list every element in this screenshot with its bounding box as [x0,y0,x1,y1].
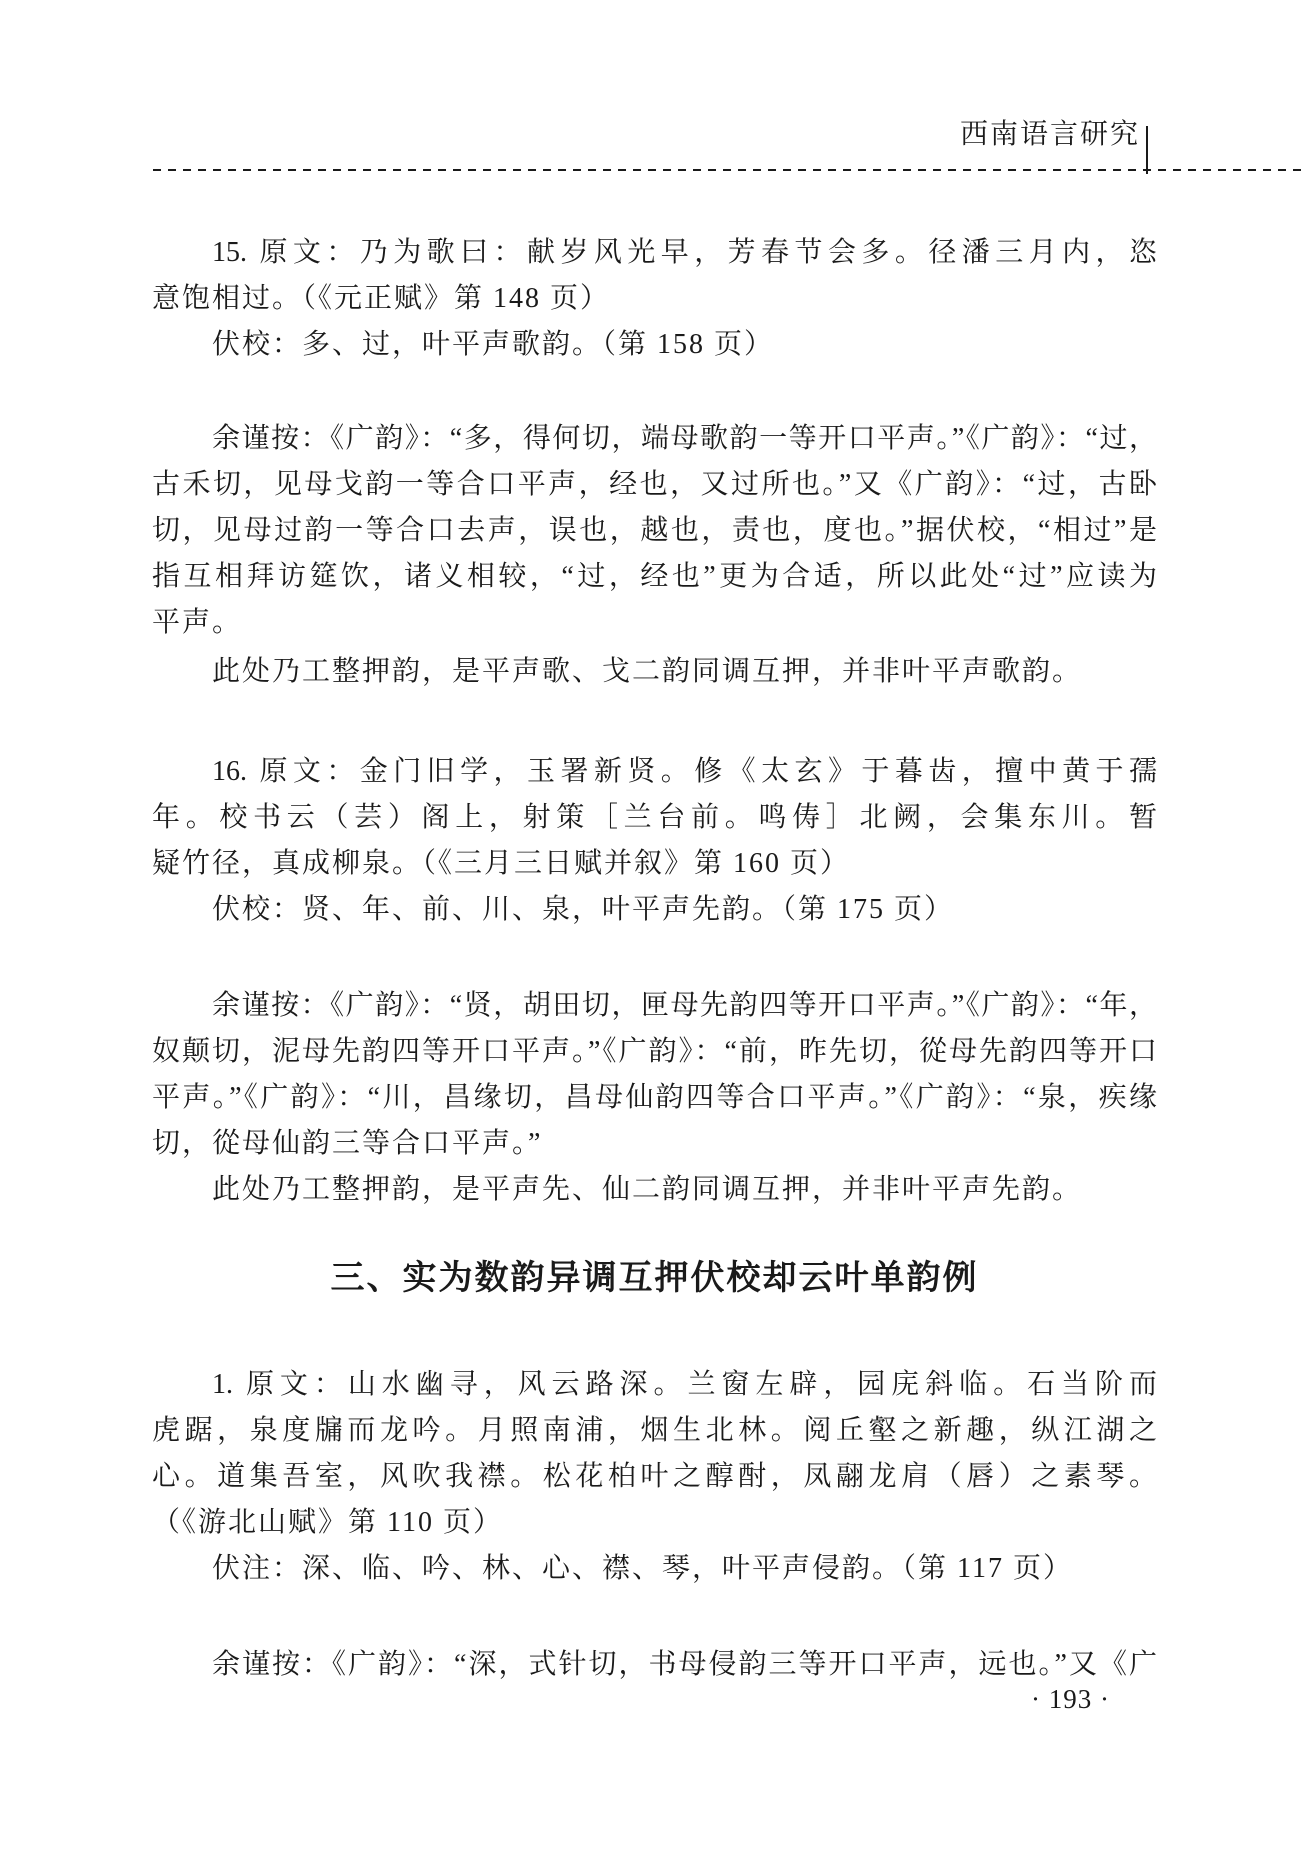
text-line: 虎踞，泉度牖而龙吟。月照南浦，烟生北林。阅丘壑之新趣，纵江湖之 [152,1408,1157,1454]
text-line: 疑竹径，真成柳泉。（《三月三日赋并叙》第 160 页） [152,841,1157,887]
text-line: 意饱相过。（《元正赋》第 148 页） [152,276,1157,322]
text-line: （《游北山赋》第 110 页） [152,1500,1157,1546]
text-line: 古禾切，见母戈韵一等合口平声，经也，又过所也。”又《广韵》：“过，古卧 [152,462,1157,508]
paragraph: 1. 原文：山水幽寻，风云路深。兰窗左辟，园庑斜临。石当阶而虎踞，泉度牖而龙吟。… [152,1362,1157,1592]
paragraph: 此处乃工整押韵，是平声先、仙二韵同调互押，并非叶平声先韵。 [152,1167,1157,1213]
text-line: 伏校：贤、年、前、川、泉，叶平声先韵。（第 175 页） [152,887,1157,933]
text-line: 平声。”《广韵》：“川，昌缘切，昌母仙韵四等合口平声。”《广韵》：“泉，疾缘 [152,1075,1157,1121]
text-line: 奴颠切，泥母先韵四等开口平声。”《广韵》：“前，昨先切，從母先韵四等开口 [152,1029,1157,1075]
text-line: 心。道集吾室，风吹我襟。松花柏叶之醇酎，凤翮龙肩（唇）之素琴。 [152,1454,1157,1500]
paragraph: 此处乃工整押韵，是平声歌、戈二韵同调互押，并非叶平声歌韵。 [152,649,1157,695]
text-line: 此处乃工整押韵，是平声先、仙二韵同调互押，并非叶平声先韵。 [152,1167,1157,1213]
paragraph: 15. 原文：乃为歌曰：献岁风光早，芳春节会多。径潘三月内，恣意饱相过。（《元正… [152,230,1157,368]
text-line: 切，见母过韵一等合口去声，误也，越也，责也，度也。”据伏校，“相过”是 [152,508,1157,554]
text-line: 平声。 [152,600,1157,646]
text-line: 余谨按：《广韵》：“多，得何切，端母歌韵一等开口平声。”《广韵》：“过， [152,416,1157,462]
header-vertical-bar [1146,126,1148,174]
content: 15. 原文：乃为歌曰：献岁风光早，芳春节会多。径潘三月内，恣意饱相过。（《元正… [152,230,1157,1688]
text-line: 年。校书云（芸）阁上，射策［兰台前。鸣俦］北阙，会集东川。暂 [152,795,1157,841]
text-line: 伏校：多、过，叶平声歌韵。（第 158 页） [152,322,1157,368]
text-line: 1. 原文：山水幽寻，风云路深。兰窗左辟，园庑斜临。石当阶而 [152,1362,1157,1408]
text-line: 此处乃工整押韵，是平声歌、戈二韵同调互押，并非叶平声歌韵。 [152,649,1157,695]
page-number: · 193 · [1031,1684,1110,1715]
text-line: 15. 原文：乃为歌曰：献岁风光早，芳春节会多。径潘三月内，恣 [152,230,1157,276]
text-line: 余谨按：《广韵》：“贤，胡田切，匣母先韵四等开口平声。”《广韵》：“年， [152,983,1157,1029]
paragraph: 余谨按：《广韵》：“贤，胡田切，匣母先韵四等开口平声。”《广韵》：“年，奴颠切，… [152,983,1157,1167]
section-heading: 三、实为数韵异调互押伏校却云叶单韵例 [152,1253,1157,1303]
paragraph: 余谨按：《广韵》：“多，得何切，端母歌韵一等开口平声。”《广韵》：“过，古禾切，… [152,416,1157,646]
paragraph: 余谨按：《广韵》：“深，式针切，书母侵韵三等开口平声，远也。”又《广 [152,1642,1157,1688]
text-line: 余谨按：《广韵》：“深，式针切，书母侵韵三等开口平声，远也。”又《广 [152,1642,1157,1688]
document-page: 西南语言研究 15. 原文：乃为歌曰：献岁风光早，芳春节会多。径潘三月内，恣意饱… [0,0,1307,1859]
header-dashed-rule [153,169,1307,171]
running-title: 西南语言研究 [960,118,1140,152]
text-line: 切，從母仙韵三等合口平声。” [152,1121,1157,1167]
text-line: 16. 原文：金门旧学，玉署新贤。修《太玄》于暮齿，擅中黄于孺 [152,749,1157,795]
text-line: 指互相拜访筵饮，诸义相较，“过，经也”更为合适，所以此处“过”应读为 [152,554,1157,600]
text-line: 伏注：深、临、吟、林、心、襟、琴，叶平声侵韵。（第 117 页） [152,1546,1157,1592]
paragraph: 16. 原文：金门旧学，玉署新贤。修《太玄》于暮齿，擅中黄于孺年。校书云（芸）阁… [152,749,1157,933]
